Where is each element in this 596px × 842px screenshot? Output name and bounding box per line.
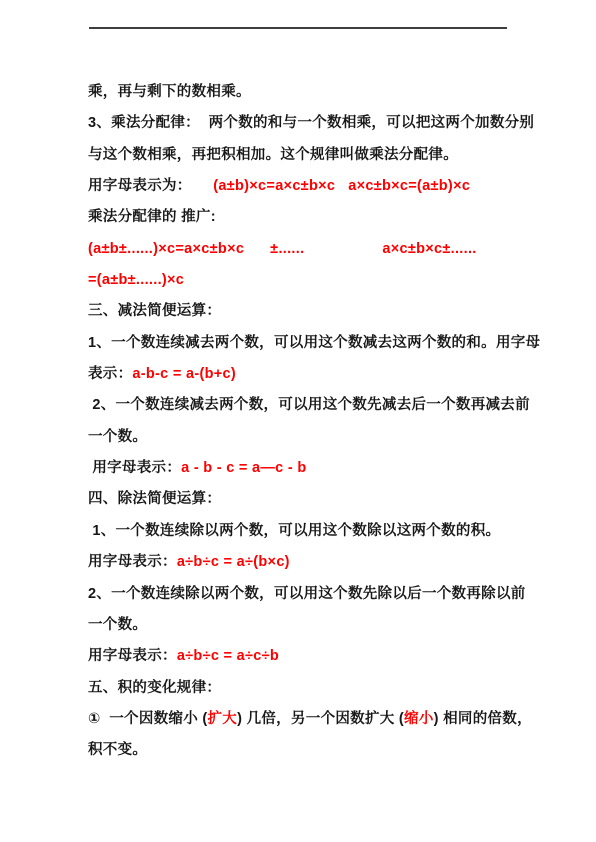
text-line: (a±b±......)×c=a×c±b×c ±...... a×c±b×c±.… xyxy=(88,234,568,265)
text-line: 用字母表示为： (a±b)×c=a×c±b×c a×c±b×c=(a±b)×c xyxy=(88,171,568,202)
body-text: 用字母表示： xyxy=(88,554,177,570)
text-line: 乘，再与剩下的数相乘。 xyxy=(88,77,568,108)
text-line: 3、乘法分配律： 两个数的和与一个数相乘，可以把这两个加数分别 xyxy=(88,108,568,139)
text-line: 乘法分配律的 推广: xyxy=(88,202,568,233)
body-text: 一个数。 xyxy=(88,429,147,445)
document-body: 乘，再与剩下的数相乘。3、乘法分配律： 两个数的和与一个数相乘，可以把这两个加数… xyxy=(88,77,568,767)
text-line: 三、减法简便运算： xyxy=(88,296,568,327)
header-rule xyxy=(89,27,507,29)
formula-red-text: =(a±b±......)×c xyxy=(88,272,184,288)
body-text: 1、一个数连续减去两个数，可以用这个数减去这两个数的和。用字母 xyxy=(88,335,540,351)
text-line: 四、除法简便运算： xyxy=(88,484,568,515)
body-text: 乘，再与剩下的数相乘。 xyxy=(88,84,251,100)
text-line: 用字母表示：a÷b÷c = a÷(b×c) xyxy=(88,547,568,578)
text-line: 用字母表示：a - b - c = a—c - b xyxy=(88,453,568,484)
body-text: 一个数。 xyxy=(88,617,147,633)
text-line: 一个数。 xyxy=(88,422,568,453)
body-text: 四、除法简便运算： xyxy=(88,491,221,507)
body-text: 五、积的变化规律： xyxy=(88,680,221,696)
formula-red-text: 缩小 xyxy=(404,711,434,727)
body-text: 积不变。 xyxy=(88,742,147,758)
body-text: 2、一个数连续除以两个数，可以用这个数先除以后一个数再除以前 xyxy=(88,586,526,602)
formula-red-text: a-b-c = a-(b+c) xyxy=(132,366,236,382)
body-text: 用字母表示： xyxy=(88,648,177,664)
body-text: 2、一个数连续减去两个数，可以用这个数先减去后一个数再减去前 xyxy=(88,397,530,413)
body-text: 与这个数相乘，再把积相加。这个规律叫做乘法分配律。 xyxy=(88,147,458,163)
document-page: 乘，再与剩下的数相乘。3、乘法分配律： 两个数的和与一个数相乘，可以把这两个加数… xyxy=(0,0,596,842)
text-line: =(a±b±......)×c xyxy=(88,265,568,296)
body-text: 表示： xyxy=(88,366,132,382)
body-text: ) 相同的倍数， xyxy=(434,711,532,727)
formula-red-text: 扩大 xyxy=(208,711,238,727)
text-line: 用字母表示：a÷b÷c = a÷c÷b xyxy=(88,641,568,672)
body-text: ) 几倍，另一个因数扩大 ( xyxy=(237,711,404,727)
text-line: 1、一个数连续除以两个数，可以用这个数除以这两个数的积。 xyxy=(88,516,568,547)
body-text: 用字母表示： xyxy=(88,460,181,476)
formula-red-text: a÷b÷c = a÷(b×c) xyxy=(177,554,290,570)
text-line: 2、一个数连续减去两个数，可以用这个数先减去后一个数再减去前 xyxy=(88,390,568,421)
formula-red-text: a÷b÷c = a÷c÷b xyxy=(177,648,279,664)
text-line: 1、一个数连续减去两个数，可以用这个数减去这两个数的和。用字母 xyxy=(88,328,568,359)
formula-red-text: (a±b±......)×c=a×c±b×c ±...... a×c±b×c±.… xyxy=(88,241,477,257)
text-line: 一个数。 xyxy=(88,610,568,641)
body-text: 乘法分配律的 推广: xyxy=(88,209,216,225)
body-text: ① 一个因数缩小 ( xyxy=(88,711,208,727)
text-line: 表示：a-b-c = a-(b+c) xyxy=(88,359,568,390)
text-line: ① 一个因数缩小 (扩大) 几倍，另一个因数扩大 (缩小) 相同的倍数， xyxy=(88,704,568,735)
text-line: 五、积的变化规律： xyxy=(88,673,568,704)
body-text: 三、减法简便运算： xyxy=(88,303,221,319)
text-line: 2、一个数连续除以两个数，可以用这个数先除以后一个数再除以前 xyxy=(88,579,568,610)
body-text: 3、乘法分配律： 两个数的和与一个数相乘，可以把这两个加数分别 xyxy=(88,115,534,131)
formula-red-text: a - b - c = a—c - b xyxy=(181,460,306,476)
body-text: 用字母表示为： xyxy=(88,178,192,194)
formula-red-text: (a±b)×c=a×c±b×c a×c±b×c=(a±b)×c xyxy=(192,178,471,194)
text-line: 与这个数相乘，再把积相加。这个规律叫做乘法分配律。 xyxy=(88,140,568,171)
text-line: 积不变。 xyxy=(88,735,568,766)
body-text: 1、一个数连续除以两个数，可以用这个数除以这两个数的积。 xyxy=(88,523,500,539)
